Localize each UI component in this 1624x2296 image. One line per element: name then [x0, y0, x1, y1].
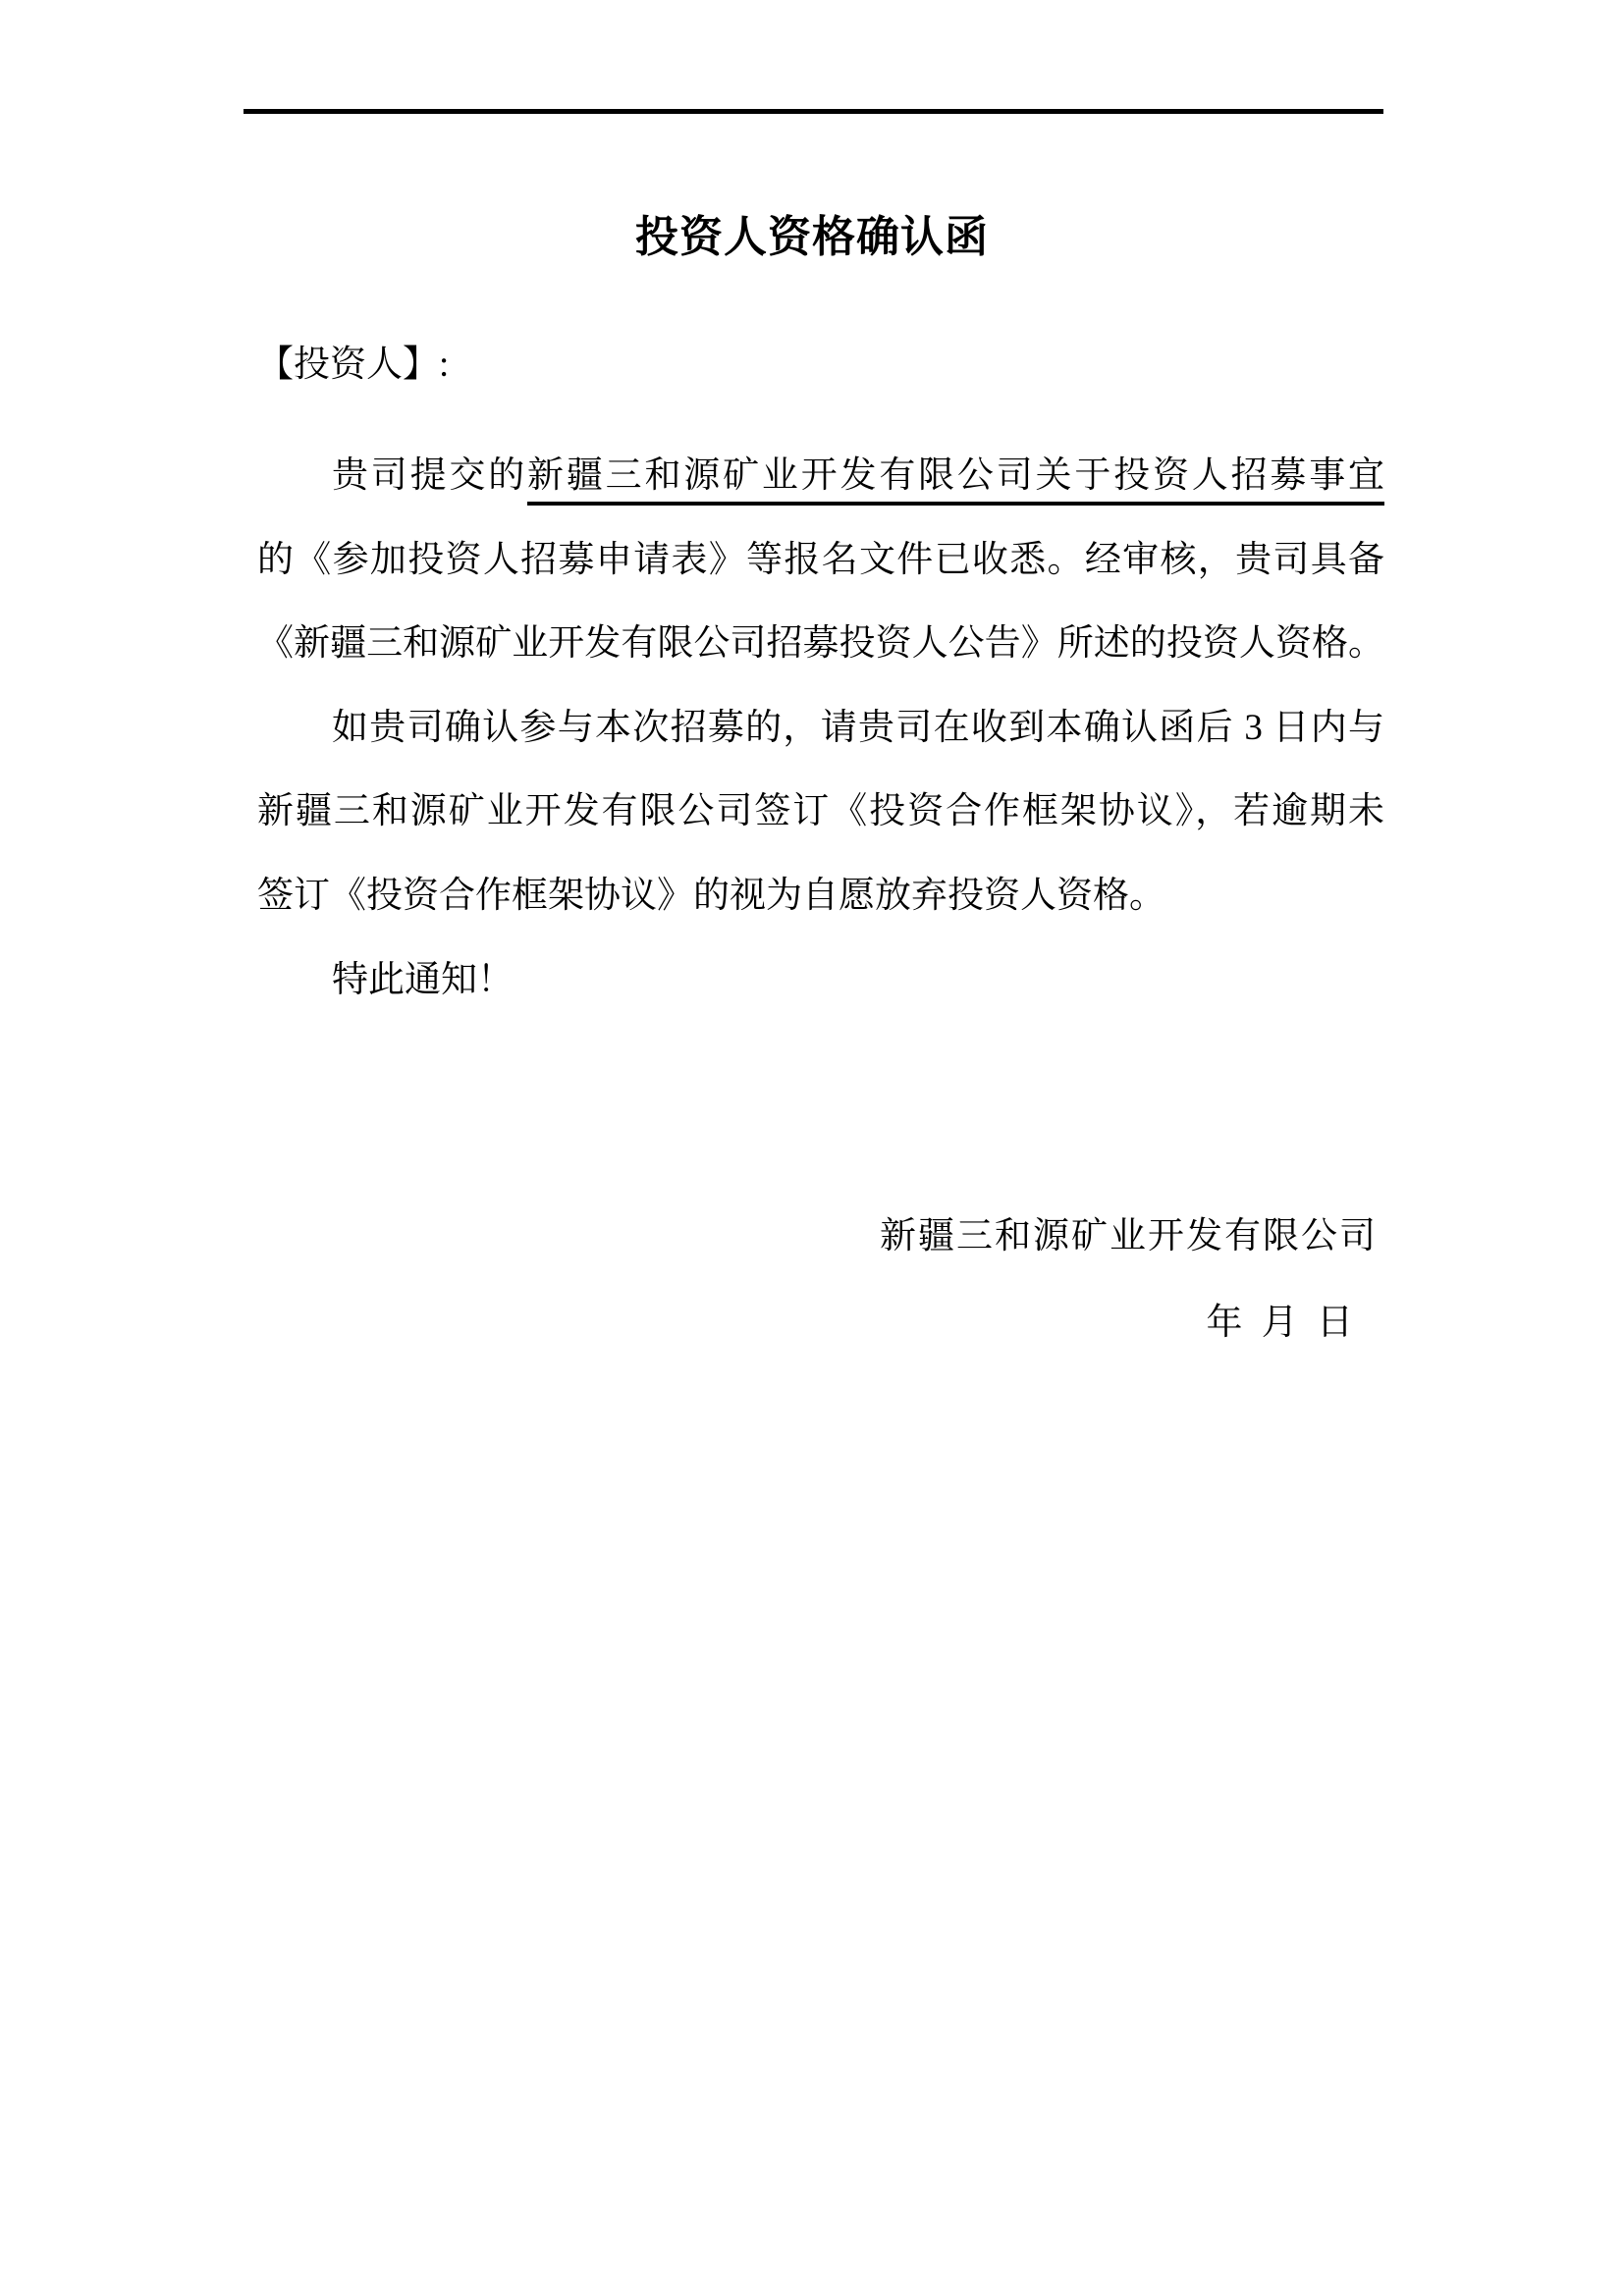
- signature-company: 新疆三和源矿业开发有限公司: [880, 1213, 1378, 1260]
- text-segment: 签订《投资合作框架协议》的视为自愿放弃投资人资格。: [257, 876, 1165, 916]
- text-segment: 新疆三和源矿业开发有限公司签订《投资合作框架协议》，若逾期未: [257, 791, 1384, 831]
- text-segment: 如贵司确认参与本次招募的，请贵司在收到本确认函后 3 日内与: [332, 708, 1384, 748]
- text-segment: 的《参加投资人招募申请表》等报名文件已收悉。经审核，贵司具备: [257, 540, 1384, 580]
- body-line: 新疆三和源矿业开发有限公司签订《投资合作框架协议》，若逾期未: [257, 770, 1384, 854]
- body-line: 《新疆三和源矿业开发有限公司招募投资人公告》所述的投资人资格。: [257, 602, 1384, 686]
- signature-date: 年 月 日: [1207, 1300, 1354, 1347]
- body-line: 特此通知！: [257, 938, 1384, 1023]
- text-segment: 《新疆三和源矿业开发有限公司招募投资人公告》所述的投资人资格。: [257, 623, 1384, 664]
- header-rule: [244, 109, 1383, 114]
- body-line: 贵司提交的新疆三和源矿业开发有限公司关于投资人招募事宜: [257, 434, 1384, 518]
- text-segment: 特此通知！: [332, 960, 514, 1000]
- page-title: 投资人资格确认函: [0, 210, 1624, 265]
- letter-body: 贵司提交的新疆三和源矿业开发有限公司关于投资人招募事宜的《参加投资人招募申请表》…: [257, 434, 1384, 1022]
- body-line: 的《参加投资人招募申请表》等报名文件已收悉。经审核，贵司具备: [257, 518, 1384, 603]
- letter-page: 投资人资格确认函 【投资人】: 贵司提交的新疆三和源矿业开发有限公司关于投资人招…: [0, 0, 1624, 2296]
- body-line: 签订《投资合作框架协议》的视为自愿放弃投资人资格。: [257, 854, 1384, 938]
- text-segment: 贵司提交的: [332, 455, 527, 496]
- underlined-text: 新疆三和源矿业开发有限公司关于投资人招募事宜: [527, 455, 1384, 506]
- recipient-line: 【投资人】:: [257, 342, 449, 389]
- body-line: 如贵司确认参与本次招募的，请贵司在收到本确认函后 3 日内与: [257, 686, 1384, 771]
